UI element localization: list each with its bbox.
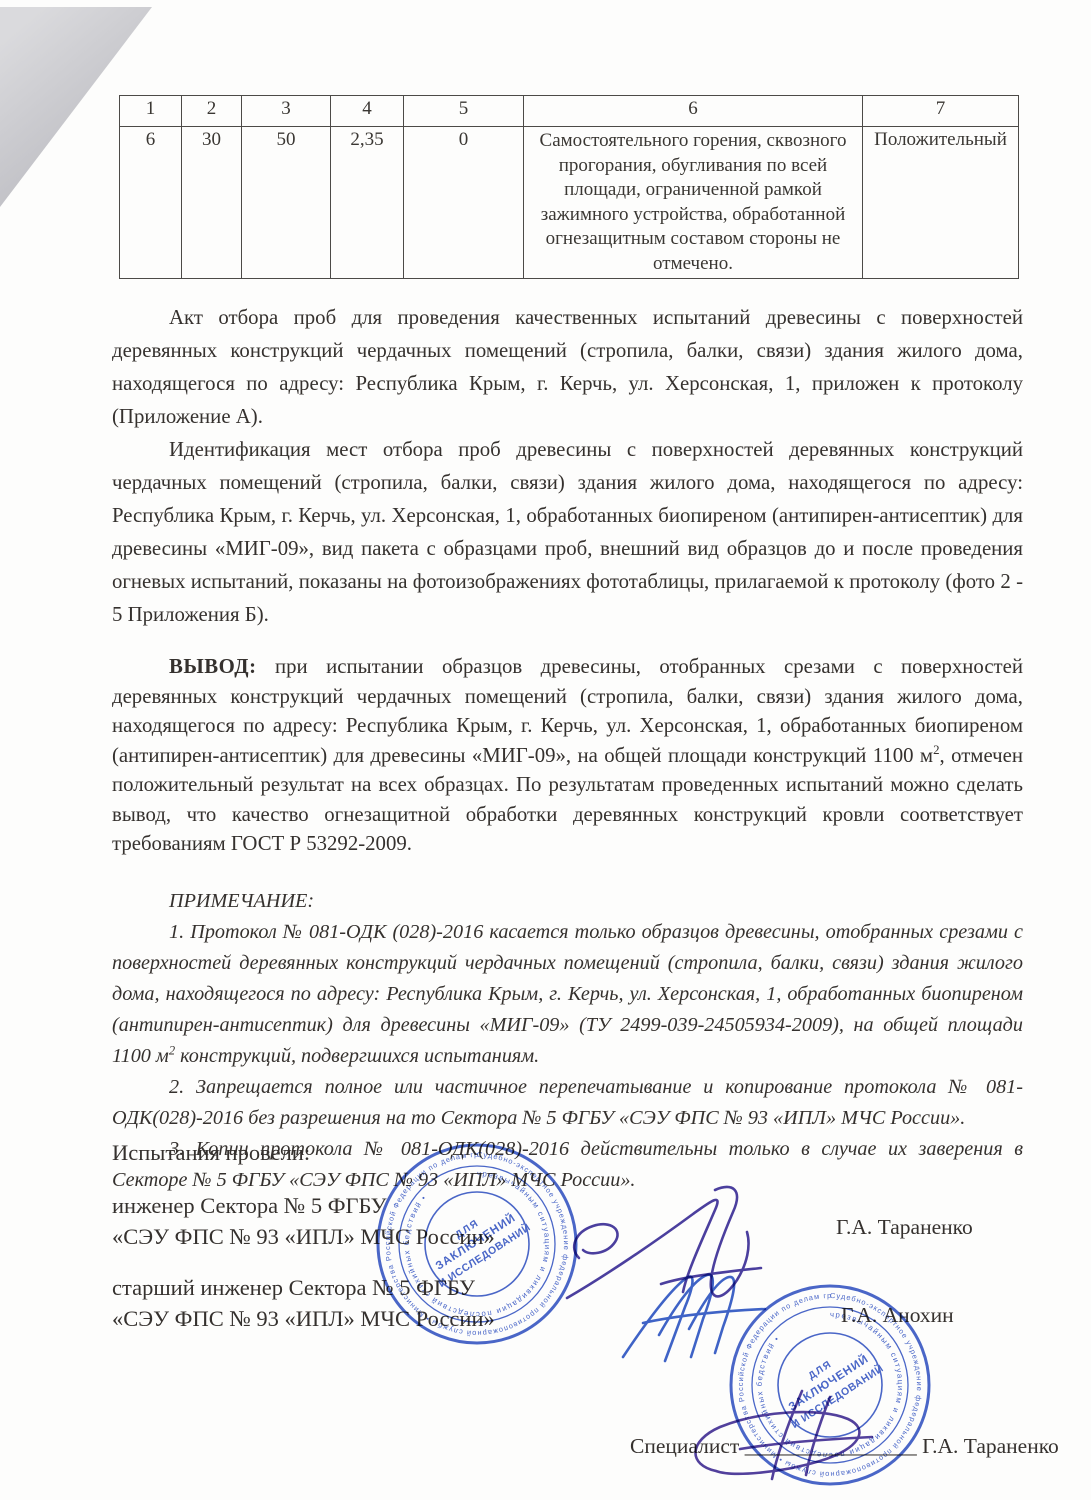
value-cell: 2,35	[331, 127, 404, 279]
round-stamp-for-conclusions: Судебно-экспертное учреждение федерально…	[371, 1138, 583, 1350]
specialist-name: Г.А. Тараненко	[922, 1434, 1059, 1458]
value-cell: 0	[404, 127, 524, 279]
conclusion-label: ВЫВОД:	[169, 655, 257, 678]
column-header: 6	[524, 96, 863, 127]
paragraph-act: Акт отбора проб для проведения качествен…	[112, 301, 1023, 433]
note-item-2: 2. Запрещается полное или частичное пере…	[112, 1072, 1023, 1134]
test-results-table: 1 2 3 4 5 6 7 6 30 50 2,35 0 Самостоятел…	[119, 95, 1019, 279]
value-cell: 50	[242, 127, 331, 279]
document-body: Акт отбора проб для проведения качествен…	[112, 301, 1023, 1196]
sample-number-cell: 6	[120, 127, 182, 279]
column-header: 5	[404, 96, 524, 127]
paragraph-identification: Идентификация мест отбора проб древесины…	[112, 433, 1023, 631]
table-row: 6 30 50 2,35 0 Самостоятельного горения,…	[120, 127, 1019, 279]
conclusion-paragraph: ВЫВОД: при испытании образцов древесины,…	[112, 652, 1023, 859]
note-item-1: 1. Протокол № 081-ОДК (028)-2016 касаетс…	[112, 917, 1023, 1072]
column-header: 1	[120, 96, 182, 127]
engineer-name: Г.А. Тараненко	[836, 1212, 973, 1243]
observation-cell: Самостоятельного горения, сквозного прог…	[524, 127, 863, 279]
table-header-row: 1 2 3 4 5 6 7	[120, 96, 1019, 127]
column-header: 7	[863, 96, 1019, 127]
notes-heading: ПРИМЕЧАНИЕ:	[112, 886, 1023, 917]
signature-anokhin	[615, 1265, 790, 1375]
signature-specialist	[680, 1385, 895, 1495]
column-header: 4	[331, 96, 404, 127]
value-cell: 30	[182, 127, 242, 279]
column-header: 2	[182, 96, 242, 127]
tests-performed-by-label: Испытания провели:	[112, 1137, 310, 1168]
result-cell: Положительный	[863, 127, 1019, 279]
column-header: 3	[242, 96, 331, 127]
